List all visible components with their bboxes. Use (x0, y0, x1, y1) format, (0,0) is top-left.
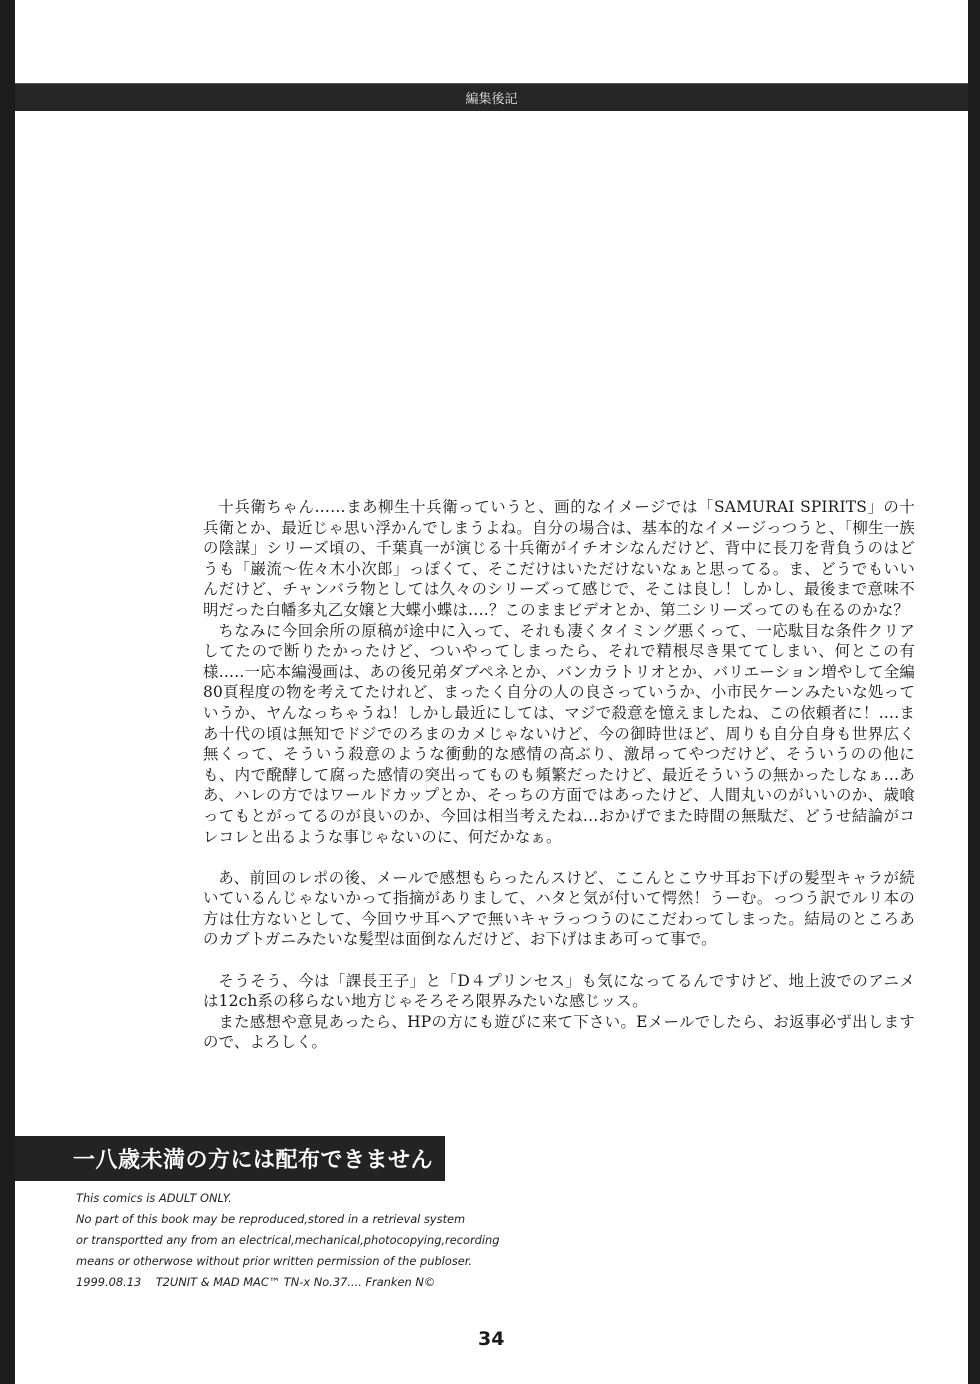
paragraph: あ、前回のレポの後、メールで感想もらったんスけど、ここんとこウサ耳お下げの髪型キ… (203, 868, 915, 950)
paragraph: また感想や意見あったら、HPの方にも遊びに来て下さい。Eメールでしたら、お返事必… (203, 1012, 915, 1053)
legal-line: No part of this book may be reproduced,s… (76, 1209, 536, 1230)
legal-line: This comics is ADULT ONLY. (76, 1188, 536, 1209)
age-restriction-banner: 一八歳未満の方には配布できません (15, 1136, 445, 1181)
page-number: 34 (478, 1328, 504, 1350)
legal-notice: This comics is ADULT ONLY. No part of th… (76, 1188, 536, 1293)
page-border-right (968, 0, 980, 1384)
paragraph: そうそう、今は「課長王子」と「D４プリンセス」も気になってるんですけど、地上波で… (203, 971, 915, 1012)
age-restriction-label: 一八歳未満の方には配布できません (73, 1143, 433, 1174)
section-title: 編集後記 (465, 88, 517, 107)
paragraph: ちなみに今回余所の原稿が途中に入って、それも凄くタイミング悪くって、一応駄目な条… (203, 621, 915, 848)
legal-line: means or otherwose without prior written… (76, 1251, 536, 1272)
page-border-left (0, 0, 15, 1384)
afterword-text: 十兵衛ちゃん……まあ柳生十兵衛っていうと、画的なイメージでは「SAMURAI S… (203, 497, 915, 1053)
paragraph: 十兵衛ちゃん……まあ柳生十兵衛っていうと、画的なイメージでは「SAMURAI S… (203, 497, 915, 621)
legal-line: or transportted any from an electrical,m… (76, 1230, 536, 1251)
legal-line: 1999.08.13 T2UNIT & MAD MAC™ TN-x No.37.… (76, 1272, 536, 1293)
section-header-bar: 編集後記 (15, 83, 968, 111)
